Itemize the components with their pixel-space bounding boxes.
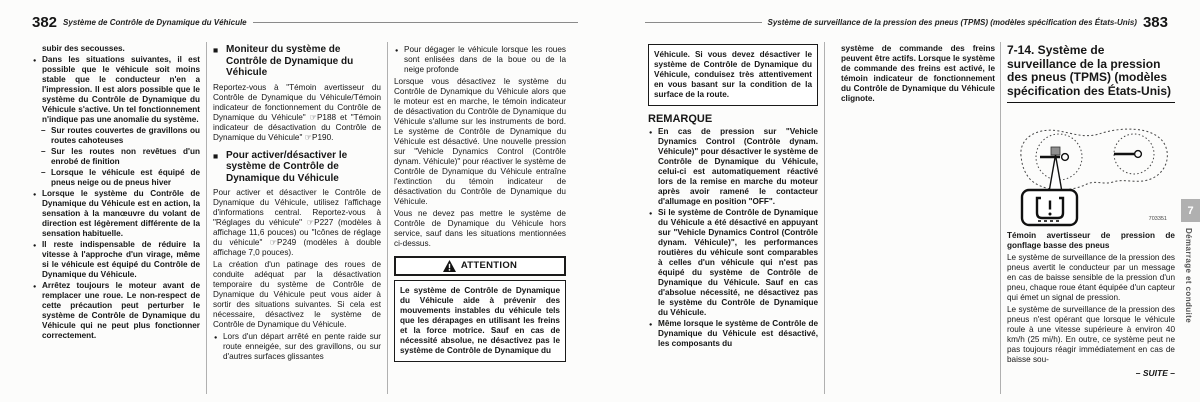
paragraph: système de commande des freins peuvent ê… (831, 44, 995, 104)
remarque-heading: REMARQUE (648, 114, 818, 124)
figure-caption: Témoin avertisseur de pression de gonfla… (1007, 231, 1175, 251)
column-divider (206, 42, 207, 394)
square-bullet-icon: ■ (213, 151, 218, 163)
subsection-heading: ■ Moniteur du système de Contrôle de Dyn… (213, 44, 381, 79)
paragraph: Reportez-vous à "Témoin avertisseur du C… (213, 83, 381, 143)
left-column-3: Pour dégager le véhicule lorsque les rou… (394, 44, 566, 398)
subsection-heading: ■ Pour activer/désactiver le système de … (213, 150, 381, 185)
column-divider (824, 42, 825, 394)
bullet-item: Il reste indispensable de réduire la vit… (32, 240, 200, 280)
right-page-header: Système de surveillance de la pression d… (645, 13, 1168, 31)
section-heading: 7-14. Système de surveillance de la pres… (1007, 44, 1175, 103)
continued-marker: – SUITE – (1007, 368, 1175, 378)
header-rule (253, 22, 578, 23)
callout-pointer (1049, 155, 1062, 192)
left-page-number: 382 (32, 14, 57, 31)
bullet-item: Dans les situations suivantes, il est po… (32, 55, 200, 125)
left-page-header: 382 Système de Contrôle de Dynamique du … (32, 13, 578, 31)
warning-triangle-icon (443, 260, 456, 272)
dash-item: Sur routes couvertes de gravillons ou ro… (32, 126, 200, 146)
column-divider (1000, 42, 1001, 394)
right-running-title: Système de surveillance de la pression d… (768, 18, 1137, 27)
right-page-number: 383 (1143, 14, 1168, 31)
right-column-3: 7-14. Système de surveillance de la pres… (1007, 44, 1175, 398)
attention-box-continuation: Véhicule. Si vous devez désactiver le sy… (648, 44, 818, 106)
chapter-tab: 7 (1181, 199, 1200, 222)
attention-box-header: ATTENTION (394, 256, 566, 276)
subsection-heading-text: Moniteur du système de Contrôle de Dynam… (226, 44, 353, 78)
dash-item: Lorsque le véhicule est équipé de pneus … (32, 168, 200, 188)
bullet-item: Si le système de Contrôle de Dynamique d… (648, 208, 818, 318)
bullet-item: Arrêtez toujours le moteur avant de remp… (32, 281, 200, 341)
attention-label: ATTENTION (461, 261, 517, 271)
right-column-1: Véhicule. Si vous devez désactiver le sy… (648, 44, 818, 398)
square-bullet-icon: ■ (213, 45, 218, 57)
right-column-2: système de commande des freins peuvent ê… (831, 44, 995, 398)
header-rule (645, 22, 762, 23)
bullet-item: Lors d'un départ arrêté en pente raide s… (213, 332, 381, 362)
attention-box-body: Le système de Contrôle de Dynamique du V… (394, 280, 566, 362)
subsection-heading-text: Pour activer/désactiver le système de Co… (226, 150, 347, 184)
bullet-item: Pour dégager le véhicule lorsque les rou… (394, 45, 566, 75)
bullet-item: Même lorsque le système de Contrôle de D… (648, 319, 818, 349)
paragraph: Le système de surveillance de la pressio… (1007, 305, 1175, 365)
paragraph: La création d'un patinage des roues de c… (213, 260, 381, 330)
paragraph: Pour activer et désactiver le Contrôle d… (213, 188, 381, 258)
tpms-indicator-position-marker (1051, 147, 1060, 155)
paragraph: subir des secousses. (32, 44, 200, 54)
bullet-item: En cas de pression sur "Vehicle Dynamics… (648, 127, 818, 207)
left-column-1: subir des secousses. Dans les situations… (32, 44, 200, 398)
dash-item: Sur les routes non revêtues d'un enrobé … (32, 147, 200, 167)
instrument-cluster-illustration (1007, 108, 1175, 228)
paragraph: Vous ne devez pas mettre le système de C… (394, 209, 566, 249)
paragraph: Lorsque vous désactivez le système du Co… (394, 77, 566, 207)
left-column-2: ■ Moniteur du système de Contrôle de Dyn… (213, 44, 381, 398)
chapter-label: Démarrage et conduite (1184, 228, 1193, 323)
column-divider (387, 42, 388, 394)
bullet-item: Lorsque le système du Contrôle de Dynami… (32, 189, 200, 239)
paragraph: Le système de surveillance de la pressio… (1007, 253, 1175, 303)
tpms-diagram: 703351 (1007, 108, 1175, 228)
left-running-title: Système de Contrôle de Dynamique du Véhi… (63, 18, 247, 27)
figure-code: 703351 (1149, 214, 1167, 224)
